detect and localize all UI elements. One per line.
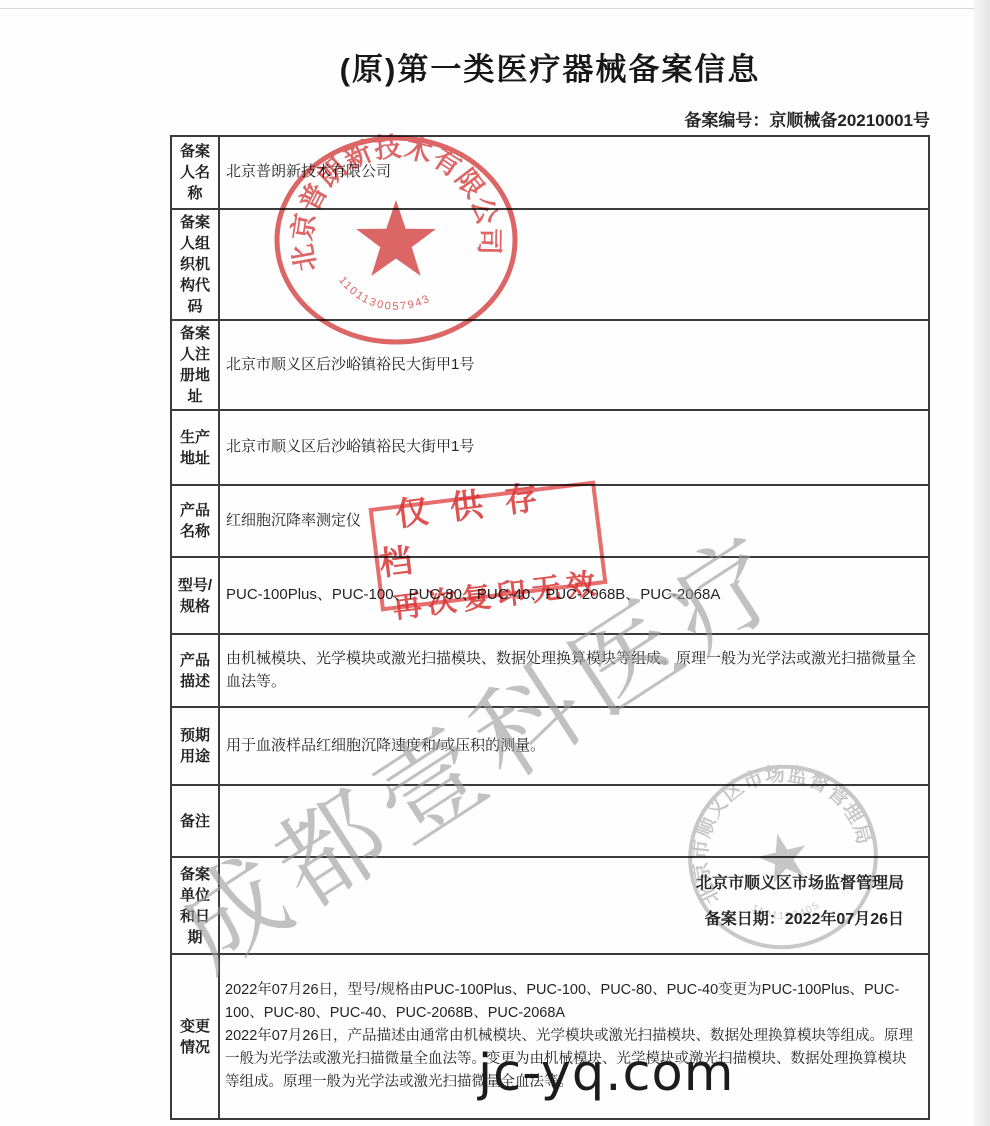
company-seal-serial: 1101130057943	[336, 274, 433, 312]
row-label-filing-authority-date: 备案单位和日期	[171, 857, 219, 954]
record-number-value: 京顺械备20210001号	[769, 111, 930, 130]
row-label-product-description: 产品描述	[171, 634, 219, 707]
footer-website-text: jc-yq.com	[478, 1044, 734, 1103]
row-label-intended-use: 预期用途	[171, 707, 219, 785]
row-label-production-address: 生产地址	[171, 410, 219, 485]
archive-only-stamp: 仅供存档 再次复印无效	[369, 480, 608, 611]
record-number-label: 备案编号：	[684, 111, 769, 130]
row-label-registered-address: 备案人注册地址	[171, 320, 219, 410]
authority-seal-serial: 1101133405	[748, 887, 824, 931]
svg-text:1101130057943: 1101130057943	[336, 274, 433, 312]
scan-edge-line	[0, 8, 990, 9]
change-paragraph-1: 2022年07月26日，型号/规格由PUC-100Plus、PUC-100、PU…	[225, 979, 918, 1025]
row-label-remarks: 备注	[171, 785, 219, 857]
row-label-model-spec: 型号/规格	[171, 557, 219, 634]
star-icon	[753, 828, 812, 886]
star-icon	[356, 200, 436, 276]
scanned-document-page: (原)第一类医疗器械备案信息 备案编号：京顺械备20210001号 备案人名称 …	[0, 0, 990, 1126]
scan-edge-strip	[974, 0, 990, 1126]
row-label-filer-name: 备案人名称	[171, 136, 219, 209]
row-value-product-description: 由机械模块、光学模块或激光扫描模块、数据处理换算模块等组成。原理一般为光学法或激…	[219, 634, 929, 707]
row-label-product-name: 产品名称	[171, 485, 219, 557]
row-label-change-history: 变更情况	[171, 954, 219, 1119]
company-seal-stamp: 北京普朗新技术有限公司 1101130057943	[268, 128, 524, 352]
page-title: (原)第一类医疗器械备案信息	[110, 44, 990, 89]
table-row: 产品描述 由机械模块、光学模块或激光扫描模块、数据处理换算模块等组成。原理一般为…	[171, 634, 929, 707]
row-label-org-code: 备案人组织机构代码	[171, 209, 219, 320]
svg-text:1101133405: 1101133405	[748, 887, 824, 931]
